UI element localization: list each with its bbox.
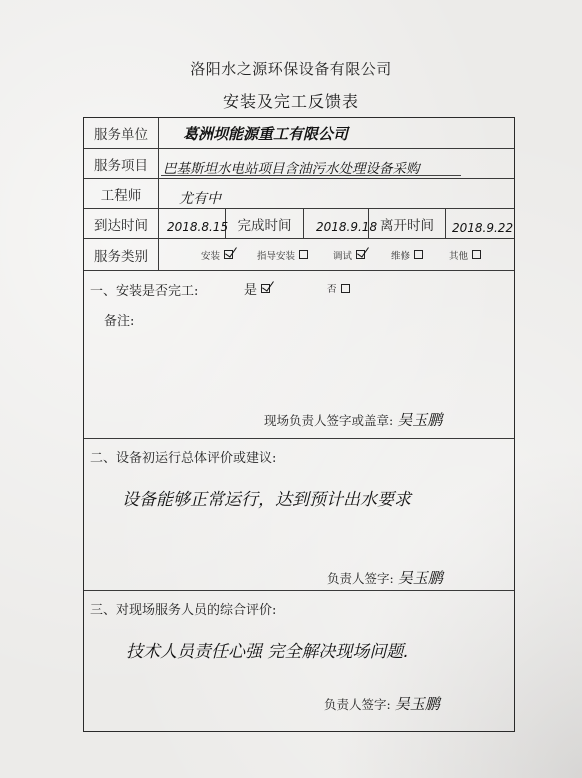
completion-no-label: 否: [327, 281, 337, 295]
section1-heading: 一、安装是否完工:: [90, 280, 198, 299]
checkbox-commissioning-checked[interactable]: [356, 250, 365, 259]
engineer-field[interactable]: 尤有中: [159, 179, 514, 208]
remarks-label: 备注:: [104, 310, 134, 329]
category-repair[interactable]: 维修: [391, 248, 423, 262]
departure-time-value: 2018.9.22: [452, 221, 513, 235]
section1-signature[interactable]: 吴玉鹏: [397, 409, 442, 430]
section-initial-operation-evaluation: 二、设备初运行总体评价或建议: 设备能够正常运行，达到预计出水要求 负责人签字:…: [84, 439, 514, 591]
category-install[interactable]: 安装: [201, 248, 233, 262]
section3-signature[interactable]: 吴玉鹏: [395, 693, 440, 714]
section3-heading: 三、对现场服务人员的综合评价:: [90, 599, 276, 618]
row-times: 到达时间 2018.8.15 完成时间 2018.9.18 离开时间 2018.…: [84, 209, 514, 239]
engineer-label: 工程师: [84, 179, 159, 208]
section3-signature-line: 负责人签字: 吴玉鹏: [324, 693, 440, 714]
row-engineer: 工程师 尤有中: [84, 179, 514, 209]
category-other-label: 其他: [449, 248, 468, 262]
category-commissioning-label: 调试: [333, 248, 352, 262]
form-title: 安装及完工反馈表: [0, 89, 582, 112]
section-onsite-staff-evaluation: 三、对现场服务人员的综合评价: 技术人员责任心强 完全解决现场问题. 负责人签字…: [84, 591, 514, 733]
completion-yes-option[interactable]: 是: [244, 279, 270, 298]
service-unit-field[interactable]: 葛洲坝能源重工有限公司: [159, 118, 514, 148]
section2-signature-line: 负责人签字: 吴玉鹏: [327, 567, 443, 588]
service-category-options: 安装 指导安装 调试 维修 其他: [159, 239, 514, 270]
category-install-label: 安装: [201, 248, 220, 262]
checkbox-yes-checked[interactable]: [261, 284, 270, 293]
feedback-form: 服务单位 葛洲坝能源重工有限公司 服务项目 巴基斯坦水电站项目含油污水处理设备采…: [83, 117, 515, 732]
category-repair-label: 维修: [391, 248, 410, 262]
arrival-time-field[interactable]: 2018.8.15: [159, 209, 226, 238]
service-unit-value: 葛洲坝能源重工有限公司: [183, 123, 348, 144]
row-service-category: 服务类别 安装 指导安装 调试 维修: [84, 239, 514, 271]
section2-heading: 二、设备初运行总体评价或建议:: [90, 447, 276, 466]
checkbox-other[interactable]: [472, 250, 481, 259]
completion-time-label: 完成时间: [226, 209, 304, 238]
service-project-field[interactable]: 巴基斯坦水电站项目含油污水处理设备采购: [159, 149, 514, 178]
section2-comment[interactable]: 设备能够正常运行，达到预计出水要求: [122, 485, 411, 510]
section3-comment[interactable]: 技术人员责任心强 完全解决现场问题.: [126, 637, 409, 662]
service-project-label: 服务项目: [84, 149, 159, 178]
category-guided-install[interactable]: 指导安装: [257, 248, 308, 262]
checkbox-no[interactable]: [341, 284, 350, 293]
section3-signature-label: 负责人签字:: [324, 695, 391, 713]
departure-time-field[interactable]: 2018.9.22: [446, 209, 516, 238]
completion-time-value: 2018.9.18: [316, 220, 377, 234]
checkbox-guided-install[interactable]: [299, 250, 308, 259]
section2-signature-label: 负责人签字:: [327, 569, 394, 587]
completion-no-option[interactable]: 否: [327, 281, 350, 295]
service-category-label: 服务类别: [84, 239, 159, 270]
row-service-project: 服务项目 巴基斯坦水电站项目含油污水处理设备采购: [84, 149, 514, 179]
category-other[interactable]: 其他: [449, 248, 481, 262]
service-unit-label: 服务单位: [84, 118, 159, 148]
completion-time-field[interactable]: 2018.9.18: [304, 209, 369, 238]
checkbox-install-checked[interactable]: [224, 250, 233, 259]
section1-signature-line: 现场负责人签字或盖章: 吴玉鹏: [264, 409, 442, 430]
engineer-value: 尤有中: [179, 188, 221, 208]
company-title: 洛阳水之源环保设备有限公司: [0, 58, 582, 79]
checkbox-repair[interactable]: [414, 250, 423, 259]
section2-signature[interactable]: 吴玉鹏: [398, 567, 443, 588]
section1-signature-label: 现场负责人签字或盖章:: [264, 411, 393, 429]
completion-yes-label: 是: [244, 279, 257, 298]
category-commissioning[interactable]: 调试: [333, 248, 365, 262]
departure-time-label: 离开时间: [369, 209, 446, 238]
category-guided-install-label: 指导安装: [257, 248, 295, 262]
project-underline: [161, 175, 461, 176]
remarks-field[interactable]: [144, 307, 504, 397]
section-installation-complete: 一、安装是否完工: 是 否 备注: 现场负责人签字或盖章: 吴玉鹏: [84, 271, 514, 439]
arrival-time-value: 2018.8.15: [167, 220, 228, 234]
service-project-value: 巴基斯坦水电站项目含油污水处理设备采购: [163, 157, 420, 177]
row-service-unit: 服务单位 葛洲坝能源重工有限公司: [84, 118, 514, 149]
arrival-time-label: 到达时间: [84, 209, 159, 238]
